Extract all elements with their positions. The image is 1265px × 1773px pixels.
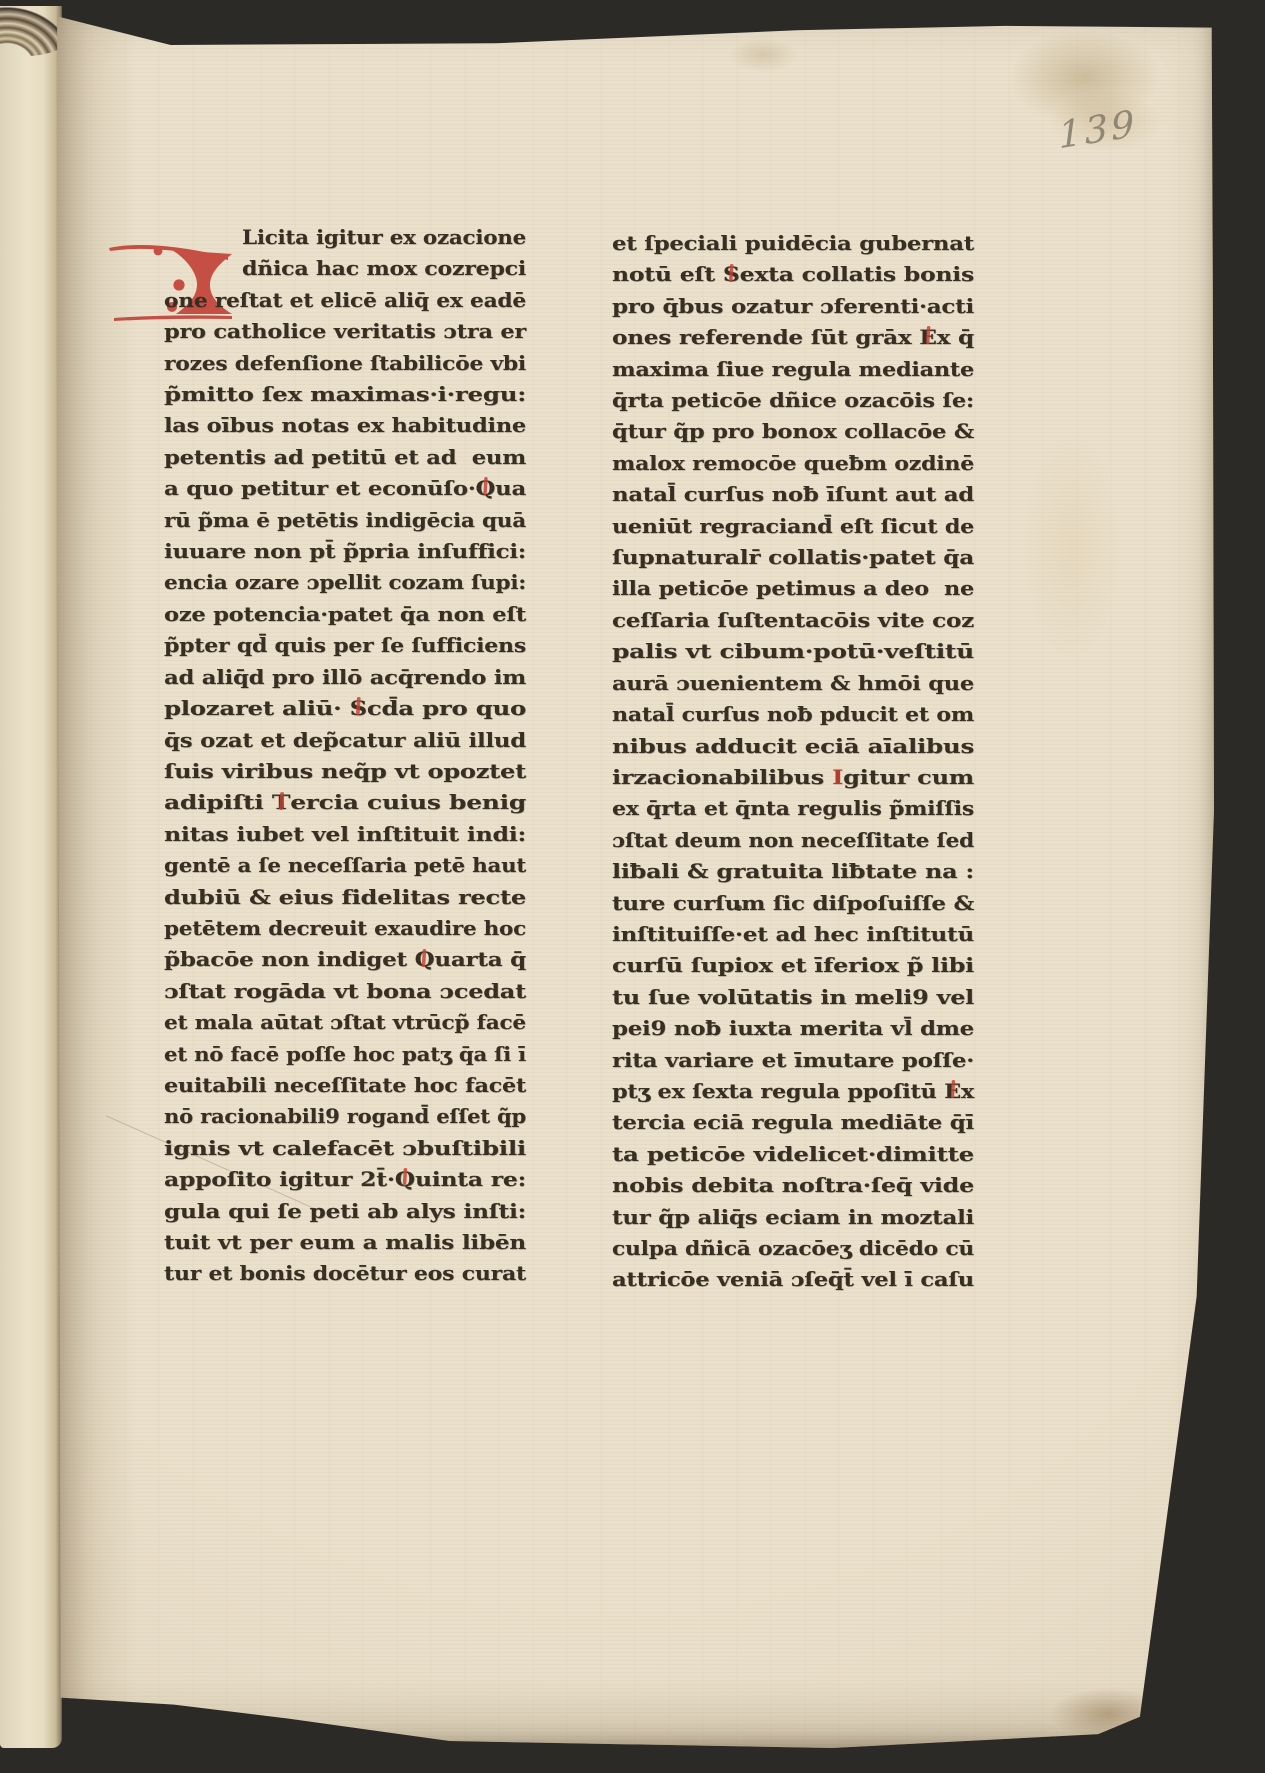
text-line: natal̄ curſus noƀ pducit et om (612, 699, 974, 730)
text-line: ptʒ ex ſexta regula ppoſitū Ex (612, 1076, 974, 1107)
text-line: adipiſti Tercia cuius benig (164, 787, 526, 818)
text-line: rita variare et īmutare poſſe· (612, 1045, 974, 1076)
book-page: 139 Licita igitur ex ozacionedñica hac m… (56, 12, 1214, 1748)
text-line: palis vt cibum·potū·veſtitū (612, 636, 974, 667)
text-line: oze potencia·patet q̄a non eſt (164, 599, 526, 630)
text-line: maxima ſiue regula mediante (612, 354, 974, 385)
text-line: p̃pter qd̄ quis per ſe ſufficiens (164, 630, 526, 661)
text-line: dñica hac mox cozrepci (164, 253, 526, 284)
text-line: ueniūt regraciand̄ eſt ſicut de (612, 511, 974, 542)
stain (1050, 1688, 1166, 1740)
text-line: petētem decreuit exaudire hoc (164, 913, 526, 944)
text-line: ad aliq̄d pro illō acq̄rendo im (164, 662, 526, 693)
text-line: iuuare non pt̄ p̃pria inſuffici: (164, 536, 526, 567)
text-line: gentē a ſe neceſſaria petē haut (164, 850, 526, 881)
text-line: q̄rta peticōe dñice ozacōis ſe: (612, 385, 974, 416)
text-line: attricōe veniā ɔſeq̄t̄ vel ī caſu (612, 1264, 974, 1295)
text-line: nibus adducit eciā aīalibus (612, 731, 974, 762)
stain (1024, 432, 1120, 662)
text-line: ɔſtat rogāda vt bona ɔcedat (164, 976, 526, 1007)
text-line: ɔſtat deum non neceſſitate ſed (612, 825, 974, 856)
text-line: plozaret aliū· Scd̄a pro quo (164, 693, 526, 724)
text-line: liƀali & gratuita liƀtate na : (612, 856, 974, 887)
text-line: et nō facē poſſe hoc patʒ q̄a ſi ī (164, 1039, 526, 1070)
text-line: gula qui ſe peti ab alys inſti: (164, 1196, 526, 1227)
text-line: ex q̄rta et q̄nta regulis p̃miſſis (612, 793, 974, 824)
text-line: ſuis viribus neq̃p vt opoztet (164, 756, 526, 787)
text-line: ignis vt calefacēt ɔbuſtibili (164, 1133, 526, 1164)
red-touched-capital: S (723, 262, 740, 286)
text-line: inſtituiſſe·et ad hec inſtitutū (612, 919, 974, 950)
text-line: tur et bonis docētur eos curat (164, 1258, 526, 1289)
red-touched-capital: E (919, 325, 936, 349)
text-line: p̃bacōe non indiget Quarta q̄ (164, 944, 526, 975)
text-line: pro catholice veritatis ɔtra er (164, 316, 526, 347)
text-line: et ſpeciali puidēcia gubernat (612, 228, 974, 259)
text-line: ta peticōe videlicet·dimitte (612, 1139, 974, 1170)
text-line: a quo petitur et econūſo·Qua (164, 473, 526, 504)
red-touched-capital: E (944, 1079, 961, 1103)
handwritten-folio-number: 139 (1057, 102, 1138, 158)
text-line: dubiū & eius fidelitas recte (164, 882, 526, 913)
red-touched-capital: Q (476, 476, 496, 500)
text-line: malox remocōe queƀm ozdinē (612, 448, 974, 479)
text-line: encia ozare ɔpellit cozam ſupi: (164, 567, 526, 598)
text-line: rozes defenſione ſtabilicōe vbi (164, 348, 526, 379)
text-line: euitabili neceſſitate hoc facēt (164, 1070, 526, 1101)
text-line: natal̄ curſus noƀ īſunt aut ad (612, 479, 974, 510)
text-line: tercia eciā regula mediāte q̄ī (612, 1107, 974, 1138)
photographed-book-page: { "page_number": "139", "initial": { "le… (0, 0, 1265, 1773)
text-line: las oībus notas ex habitudine (164, 410, 526, 441)
text-line: petentis ad petitū et ad eum (164, 442, 526, 473)
text-line: ones referende ſūt grāx Ex q̄ (612, 322, 974, 353)
text-line: appoſito igitur 2t̄·Quinta re: (164, 1164, 526, 1195)
text-line: rū p̃ma ē petētis indigēcia quā (164, 505, 526, 536)
text-line: aurā ɔuenientem & hmōi que (612, 668, 974, 699)
red-touched-capital: S (350, 696, 367, 720)
text-line: tu ſue volūtatis in meli9 vel (612, 982, 974, 1013)
text-line: ceſſaria ſuſtentacōis vite coz (612, 605, 974, 636)
text-line: ſupnaturalr̄ collatis·patet q̄a (612, 542, 974, 573)
text-line: illa peticōe petimus a deo ne (612, 573, 974, 604)
text-line: p̃mitto ſex maximas·i·regu: (164, 379, 526, 410)
text-line: et mala aūtat ɔſtat vtrūcp̃ facē (164, 1007, 526, 1038)
text-column-right: et ſpeciali puidēcia gubernatnotū eſt Se… (612, 228, 974, 1296)
text-line: nitas iubet vel inſtituit indi: (164, 819, 526, 850)
stain (728, 38, 798, 72)
text-line: tuit vt per eum a malis libēn (164, 1227, 526, 1258)
text-line: pro q̄bus ozatur ɔferenti·acti (612, 291, 974, 322)
red-touched-capital: Q (415, 947, 435, 971)
text-line: q̄tur q̃p pro bonox collacōe & (612, 416, 974, 447)
text-line: q̄s ozat et dep̃catur aliū illud (164, 725, 526, 756)
text-line: curſū ſupiox et īferiox p̃ libi (612, 950, 974, 981)
text-line: culpa dñicā ozacōeʒ dicēdo cū (612, 1233, 974, 1264)
rubricated-letter: I (832, 765, 843, 789)
text-line: pei9 noƀ iuxta merita vl̄ dme (612, 1013, 974, 1044)
underlying-page-edge (0, 6, 62, 1748)
text-line: irzacionabilibus Igitur cum (612, 762, 974, 793)
red-touched-capital: Q (395, 1167, 415, 1191)
text-line: nō racionabili9 rogand̄ eſſet q̃p (164, 1101, 526, 1132)
text-line: notū eſt Sexta collatis bonis (612, 259, 974, 290)
text-line: nobis debita noſtra·ſeq̄ vide (612, 1170, 974, 1201)
text-line: ture curſum ſic diſpoſuiſſe & (612, 888, 974, 919)
text-line: one reſtat et elicē aliq̄ ex eadē (164, 285, 526, 316)
text-line: tur q̃p aliq̄s eciam in moztali (612, 1202, 974, 1233)
red-touched-capital: T (272, 790, 290, 814)
text-line: Licita igitur ex ozacione (164, 222, 526, 253)
text-column-left: Licita igitur ex ozacionedñica hac mox c… (164, 222, 526, 1290)
